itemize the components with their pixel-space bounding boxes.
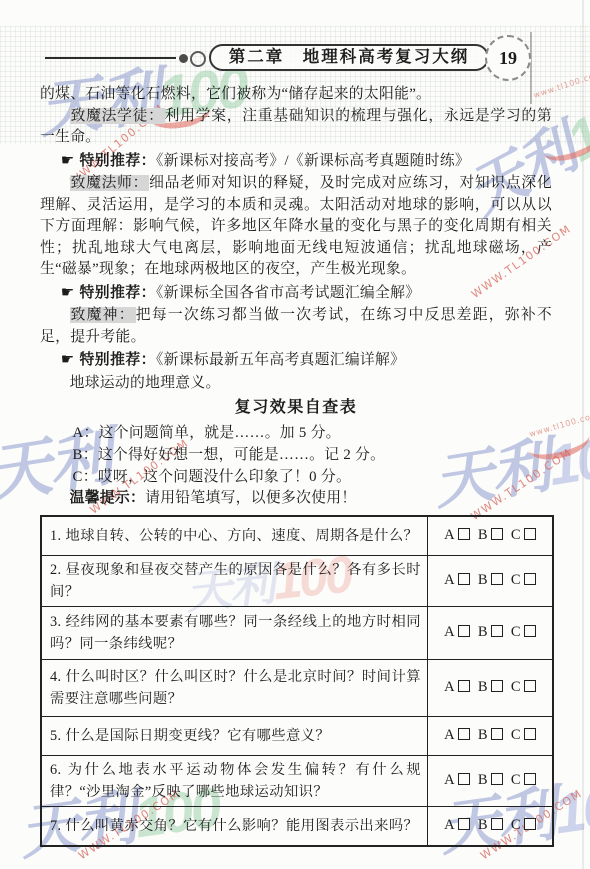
option-b: B (478, 817, 503, 833)
option-a: A (444, 679, 470, 695)
option-b: B (478, 527, 503, 543)
dot-icon (179, 54, 188, 63)
option-letter: B (478, 572, 488, 588)
table-row: 1. 地球自转、公转的中心、方向、速度、周期各是什么？ ABC (41, 516, 553, 556)
option-letter: C (511, 772, 521, 788)
scan-edge-line (582, 0, 584, 869)
options-cell: ABC (428, 607, 554, 660)
option-letter: C (511, 572, 521, 588)
option-letter: C (511, 727, 521, 743)
option-b: B (478, 679, 503, 695)
option-b: B (478, 572, 503, 588)
recommend-line-2: ☛特别推荐：《新课标全国各省市高考试题汇编全解》 (40, 282, 552, 305)
highlighted-term: 致魔法学徒： (70, 108, 165, 124)
checkbox-icon[interactable] (524, 680, 536, 692)
question-cell: 4. 什么叫时区？什么叫区时？什么是北京时间？时间计算需要注意哪些问题？ (41, 660, 428, 717)
page-number: 19 (485, 35, 531, 81)
option-a: A (444, 772, 470, 788)
options-cell: ABC (428, 807, 554, 847)
option-c: C (511, 772, 536, 788)
option-c: C (511, 727, 536, 743)
options-cell: ABC (428, 660, 554, 717)
option-letter: B (478, 817, 488, 833)
option-letter: B (478, 527, 488, 543)
book-titles: 《新课标对接高考》/《新课标高考真题随时练》 (156, 153, 470, 169)
paragraph-apprentice: 致魔法学徒：利用学案，注重基础知识的梳理与强化，永远是学习的第一生命。 (40, 106, 552, 149)
question-cell: 1. 地球自转、公转的中心、方向、速度、周期各是什么？ (41, 516, 428, 556)
option-letter: C (511, 624, 521, 640)
checkbox-icon[interactable] (491, 728, 503, 740)
checkbox-icon[interactable] (491, 773, 503, 785)
options-cell: ABC (428, 556, 554, 607)
option-a: A (444, 572, 470, 588)
question-cell: 3. 经纬网的基本要素有哪些？同一条经线上的地方时相同吗？同一条纬线呢？ (41, 607, 428, 660)
pointing-hand-icon: ☛ (61, 283, 75, 301)
table-row: 3. 经纬网的基本要素有哪些？同一条经线上的地方时相同吗？同一条纬线呢？ ABC (41, 607, 553, 660)
watermark-brand-number: 100 (550, 771, 590, 845)
option-a: A (444, 527, 470, 543)
question-cell: 5. 什么是国际日期变更线？它有哪些意义？ (41, 717, 428, 756)
options-cell: ABC (428, 756, 554, 807)
question-cell: 2. 昼夜现象和昼夜交替产生的原因各是什么？各有多长时间？ (41, 556, 428, 607)
options-cell: ABC (428, 516, 554, 556)
option-letter: C (511, 679, 521, 695)
checkbox-icon[interactable] (524, 818, 536, 830)
table-row: 7. 什么叫黄赤交角？它有什么影响？能用图表示出来吗？ ABC (41, 807, 553, 847)
checkbox-icon[interactable] (458, 573, 470, 585)
option-b: B (478, 727, 503, 743)
recommend-label: 特别推荐： (79, 352, 156, 368)
option-a: A (444, 817, 470, 833)
checkbox-icon[interactable] (458, 528, 470, 540)
question-cell: 6. 为什么地表水平运动物体会发生偏转？有什么规律？“沙里淘金”反映了哪些地球运… (41, 756, 428, 807)
table-row: 6. 为什么地表水平运动物体会发生偏转？有什么规律？“沙里淘金”反映了哪些地球运… (41, 756, 553, 807)
tip-line: 温馨提示：请用铅笔填写，以便多次使用！ (40, 488, 552, 510)
checkbox-icon[interactable] (458, 818, 470, 830)
checkbox-icon[interactable] (491, 680, 503, 692)
recommend-line-1: ☛特别推荐：《新课标对接高考》/《新课标高考真题随时练》 (40, 150, 552, 173)
option-a: A (444, 727, 470, 743)
option-letter: B (478, 624, 488, 640)
option-letter: B (478, 679, 488, 695)
checkbox-icon[interactable] (458, 625, 470, 637)
option-letter: B (478, 727, 488, 743)
checkbox-icon[interactable] (524, 528, 536, 540)
option-letter: C (511, 527, 521, 543)
option-c: C (511, 572, 536, 588)
score-line-a: A：这个问题简单，就是……。加 5 分。 (40, 422, 552, 444)
paragraph-mage: 致魔法师：细品老师对知识的释疑，及时完成对应练习，对知识点深化理解、灵活运用，是… (40, 173, 552, 281)
pointing-hand-icon: ☛ (61, 350, 75, 368)
highlighted-term: 致魔神： (70, 307, 136, 323)
checkbox-icon[interactable] (458, 773, 470, 785)
score-line-b: B：这个得好好想一想，可能是……。记 2 分。 (40, 444, 552, 466)
checkbox-icon[interactable] (491, 625, 503, 637)
option-a: A (444, 624, 470, 640)
checkbox-icon[interactable] (491, 818, 503, 830)
paragraph-intro: 的煤、石油等化石燃料，它们被称为“储存起来的太阳能”。 (40, 84, 552, 106)
chapter-title: 第二章 地理科高考复习大纲 (209, 44, 489, 71)
option-letter: C (511, 817, 521, 833)
table-row: 4. 什么叫时区？什么叫区时？什么是北京时间？时间计算需要注意哪些问题？ ABC (41, 660, 553, 717)
table-row: 5. 什么是国际日期变更线？它有哪些意义？ ABC (41, 717, 553, 756)
options-cell: ABC (428, 717, 554, 756)
book-titles: 《新课标全国各省市高考试题汇编全解》 (156, 285, 420, 301)
paragraph-meaning: 地球运动的地理意义。 (40, 373, 552, 395)
paragraph-deity: 致魔神：把每一次练习都当做一次考试，在练习中反思差距，弥补不足，提升考能。 (40, 305, 552, 348)
option-c: C (511, 624, 536, 640)
option-letter: A (444, 624, 455, 640)
option-c: C (511, 817, 536, 833)
header-rule (45, 57, 176, 59)
checkbox-icon[interactable] (491, 528, 503, 540)
score-line-c: C：哎呀，这个问题没什么印象了！0 分。 (40, 466, 552, 488)
pointing-hand-icon: ☛ (61, 151, 75, 169)
recommend-line-3: ☛特别推荐：《新课标最新五年高考真题汇编详解》 (40, 349, 552, 372)
checkbox-icon[interactable] (524, 728, 536, 740)
checkbox-icon[interactable] (524, 625, 536, 637)
section-title: 复习效果自查表 (40, 397, 552, 419)
option-letter: A (444, 772, 455, 788)
book-titles: 《新课标最新五年高考真题汇编详解》 (156, 352, 405, 368)
checkbox-icon[interactable] (524, 573, 536, 585)
option-letter: A (444, 527, 455, 543)
highlighted-term: 致魔法师： (70, 175, 150, 191)
recommend-label: 特别推荐： (79, 153, 156, 169)
option-letter: A (444, 727, 455, 743)
tip-text: 请用铅笔填写，以便多次使用！ (145, 490, 356, 506)
option-letter: A (444, 572, 455, 588)
option-c: C (511, 679, 536, 695)
page-body: 的煤、石油等化石燃料，它们被称为“储存起来的太阳能”。 致魔法学徒：利用学案，注… (40, 84, 552, 847)
table-row: 2. 昼夜现象和昼夜交替产生的原因各是什么？各有多长时间？ ABC (41, 556, 553, 607)
tip-label: 温馨提示： (70, 490, 146, 506)
option-b: B (478, 772, 503, 788)
question-cell: 7. 什么叫黄赤交角？它有什么影响？能用图表示出来吗？ (41, 807, 428, 847)
circle-icon (190, 51, 206, 67)
checkbox-icon[interactable] (458, 728, 470, 740)
checkbox-icon[interactable] (458, 680, 470, 692)
self-check-table: 1. 地球自转、公转的中心、方向、速度、周期各是什么？ ABC 2. 昼夜现象和… (40, 515, 554, 847)
recommend-label: 特别推荐： (79, 285, 156, 301)
option-letter: A (444, 817, 455, 833)
option-letter: A (444, 679, 455, 695)
checkbox-icon[interactable] (524, 773, 536, 785)
scanned-document-page: 天利100 WWW.TL100.COM 天利100 www.tl100.com … (0, 0, 590, 869)
option-c: C (511, 527, 536, 543)
option-letter: B (478, 772, 488, 788)
option-b: B (478, 624, 503, 640)
checkbox-icon[interactable] (491, 573, 503, 585)
